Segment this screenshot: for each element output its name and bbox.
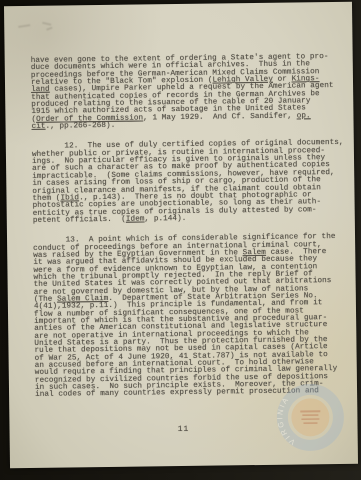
typed-line: petent officials. (Idem, p.144). (33, 214, 335, 225)
paragraph: 13. A point which is of considerable sig… (33, 234, 337, 400)
page-number: 11 (10, 423, 358, 437)
paragraph: 12. The use of duly certified copies of … (32, 140, 335, 225)
typed-line: inal codes of many countries expressly p… (35, 388, 337, 399)
paragraph: have even gone to the extent of ordering… (31, 54, 334, 131)
scanned-page: have even gone to the extent of ordering… (4, 2, 358, 469)
pencil-annotation (16, 19, 76, 34)
typed-text: have even gone to the extent of ordering… (31, 54, 338, 413)
